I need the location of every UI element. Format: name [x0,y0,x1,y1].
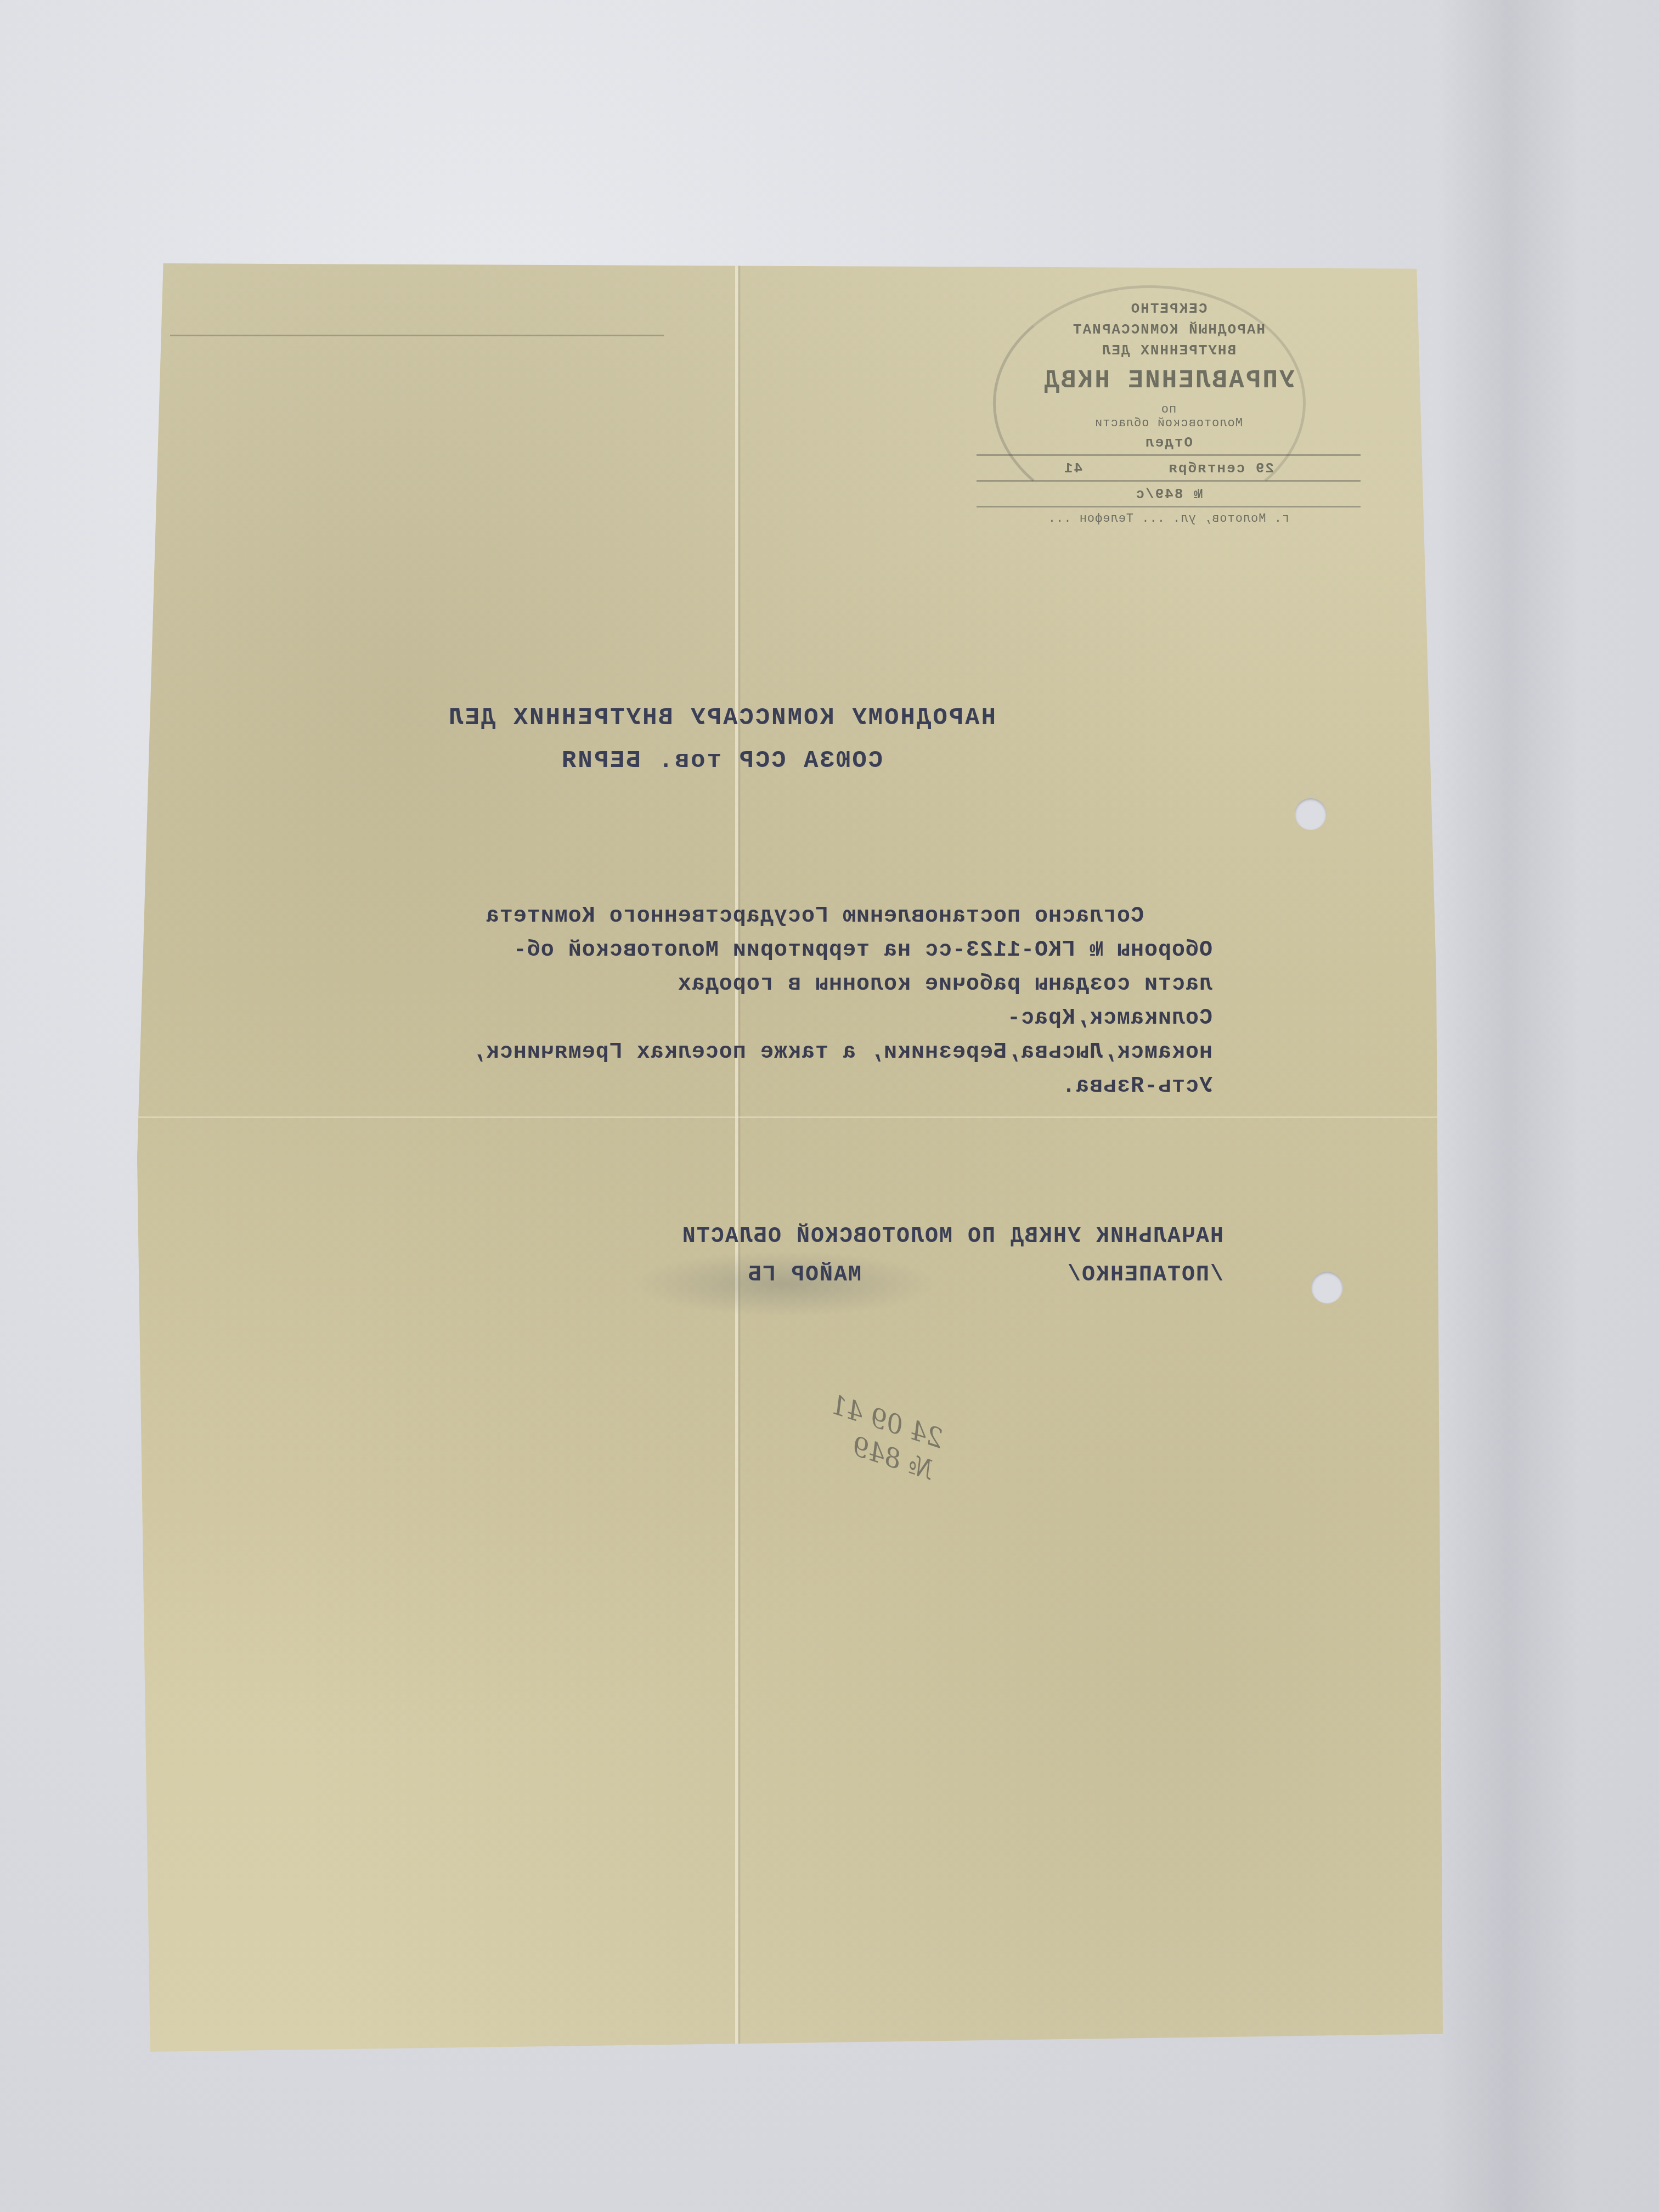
signature-block: НАЧАЛЬНИК УНКВД ПО МОЛОТОВСКОЙ ОБЛАСТИ М… [455,1218,1223,1295]
stamp-secret-label: СЕКРЕТНО [977,301,1361,317]
body-line: Усть-Язьва. [466,1070,1212,1104]
stamp-department: Отдел [977,435,1361,456]
stamp-year: 41 [1063,460,1082,477]
letterhead-stamp: СЕКРЕТНО НАРОДНЫЙ КОМИССАРИАТ ВНУТРЕННИХ… [977,296,1361,526]
addressee-block: НАРОДНОМУ КОМИССАРУ ВНУТРЕННИХ ДЕЛ СОЮЗА… [433,697,1009,782]
stamp-org-line-1: НАРОДНЫЙ КОМИССАРИАТ [977,321,1361,338]
stamp-footer: г. Молотов, ул. ... Телефон ... [977,512,1361,526]
body-line: нокамск,Лысьва,Березники, а также поселк… [466,1036,1212,1070]
vertical-fold-crease [735,263,738,2052]
addressee-line-1: НАРОДНОМУ КОМИССАРУ ВНУТРЕННИХ ДЕЛ [433,697,1009,740]
body-line: ласти созданы рабочие колонны в городах … [466,968,1212,1036]
backdrop-fabric-fold [1437,0,1580,2212]
body-paragraph: Согласно постановлению Государственного … [466,900,1212,1104]
body-line: Обороны № ГКО-1123-сс на территории Моло… [466,934,1212,968]
faint-header-lines [170,324,664,342]
stamp-date: 29 сентября [1167,460,1274,477]
signature-name: /ПОТАПЕНКО/ [1066,1256,1223,1295]
addressee-line-2: СОЮЗА ССР тов. БЕРИЯ [433,740,1009,782]
punch-hole-lower [1311,1272,1343,1304]
body-line: Согласно постановлению Государственного … [466,900,1212,934]
document-sheet: СЕКРЕТНО НАРОДНЫЙ КОМИССАРИАТ ВНУТРЕННИХ… [137,263,1443,2052]
signature-title: НАЧАЛЬНИК УНКВД ПО МОЛОТОВСКОЙ ОБЛАСТИ [455,1218,1223,1256]
handwritten-note: 24 09 41 № 849 [816,1388,947,1487]
stamp-org-title: УПРАВЛЕНИЕ НКВД [977,366,1361,395]
stamp-org-line-2: ВНУТРЕННИХ ДЕЛ [977,342,1361,359]
stamp-org-sub-1: по [977,403,1361,416]
stamp-number: № 849/с [977,486,1361,507]
horizontal-fold-crease [137,1116,1443,1118]
punch-hole-upper [1295,798,1327,830]
stamp-date-row: 29 сентября 41 [977,460,1361,482]
header-rule [170,324,664,336]
stamp-org-sub-2: Молотовской области [977,416,1361,430]
